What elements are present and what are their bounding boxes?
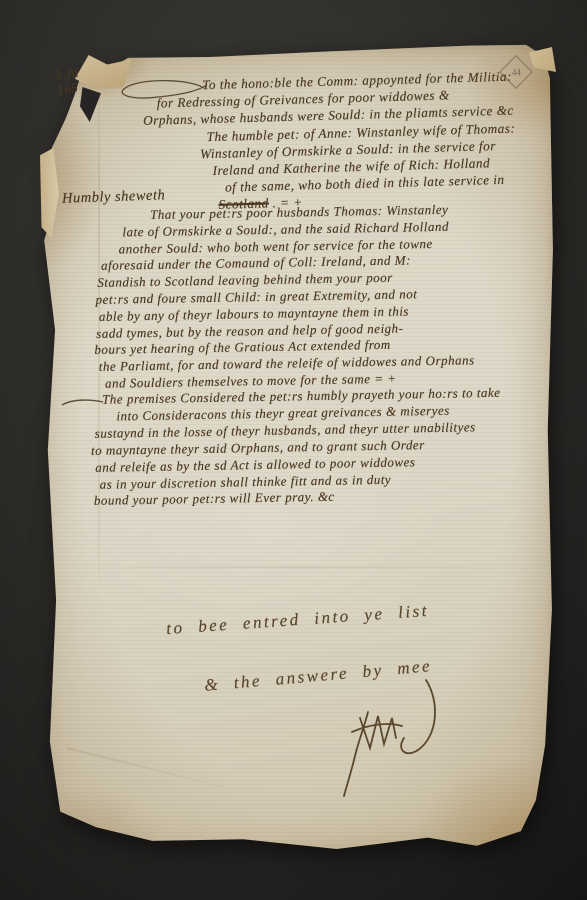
signature-flourish-icon [330,676,460,801]
archival-date-note: 3 Ja 165 [54,64,82,97]
petition-prayer: The premises Considered the pet:rs humbl… [88,385,502,511]
manuscript-photo: { "photo": { "background_color": "#2e2c2… [0,0,587,900]
petition-body: That your pet:rs poor husbands Thomas: W… [92,201,475,392]
petition-heading: To the hono:ble the Comm: appoynted for … [140,68,517,216]
salutation: Humbly sheweth [62,187,166,208]
